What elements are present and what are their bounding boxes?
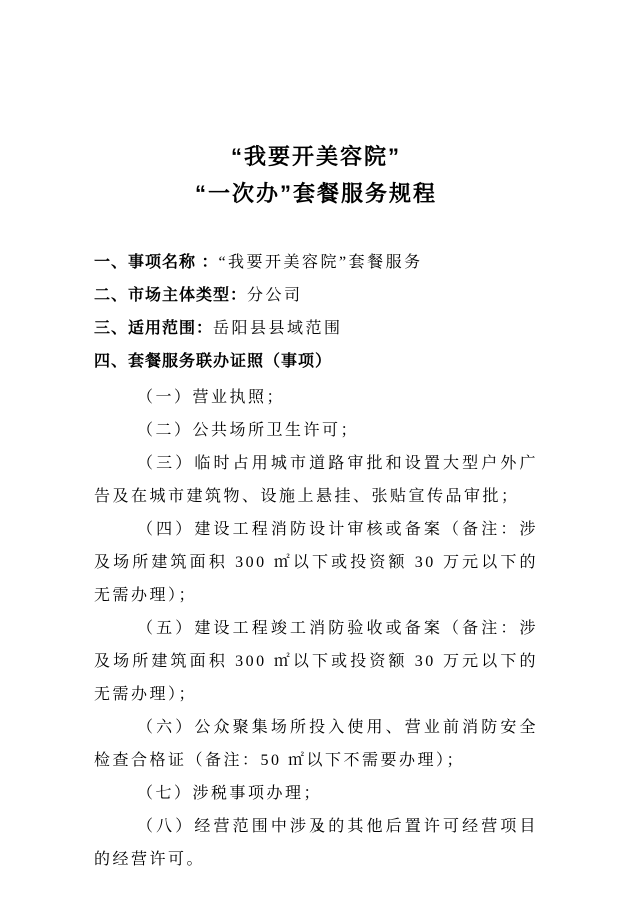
list-item-3: （三）临时占用城市道路审批和设置大型户外广告及在城市建筑物、设施上悬挂、张贴宣传… (94, 447, 538, 513)
item-list: （一）营业执照； （二）公共场所卫生许可； （三）临时占用城市道路审批和设置大型… (94, 381, 538, 876)
page-number: 3 (0, 820, 634, 835)
title-line-1: “我要开美容院” (94, 138, 538, 175)
title-line-2: “一次办”套餐服务规程 (94, 175, 538, 212)
list-item-2: （二）公共场所卫生许可； (94, 414, 538, 447)
section-3-value: 岳阳县县域范围 (213, 320, 343, 337)
section-heading-1: 一、事项名称 ：“我要开美容院”套餐服务 (94, 246, 538, 279)
section-2-label: 二、市场主体类型： (94, 287, 247, 304)
section-1-label: 一、事项名称 ： (94, 254, 218, 271)
section-heading-4: 四、套餐服务联办证照（事项） (94, 345, 538, 378)
list-item-5: （五）建设工程竣工消防验收或备案（备注：涉及场所建筑面积 300 ㎡以下或投资额… (94, 612, 538, 711)
section-heading-2: 二、市场主体类型：分公司 (94, 279, 538, 312)
section-heading-3: 三、适用范围：岳阳县县域范围 (94, 312, 538, 345)
list-item-7: （七）涉税事项办理； (94, 777, 538, 810)
section-1-value: “我要开美容院”套餐服务 (218, 254, 422, 271)
section-2-value: 分公司 (247, 287, 303, 304)
document-page: “我要开美容院” “一次办”套餐服务规程 一、事项名称 ：“我要开美容院”套餐服… (0, 0, 634, 898)
list-item-4: （四）建设工程消防设计审核或备案（备注：涉及场所建筑面积 300 ㎡以下或投资额… (94, 513, 538, 612)
list-item-6: （六）公众聚集场所投入使用、营业前消防安全检查合格证（备注：50 ㎡以下不需要办… (94, 711, 538, 777)
section-3-label: 三、适用范围： (94, 320, 213, 337)
section-headings: 一、事项名称 ：“我要开美容院”套餐服务 二、市场主体类型：分公司 三、适用范围… (94, 246, 538, 378)
section-4-label: 四、套餐服务联办证照（事项） (94, 353, 332, 370)
document-title: “我要开美容院” “一次办”套餐服务规程 (94, 138, 538, 212)
list-item-1: （一）营业执照； (94, 381, 538, 414)
